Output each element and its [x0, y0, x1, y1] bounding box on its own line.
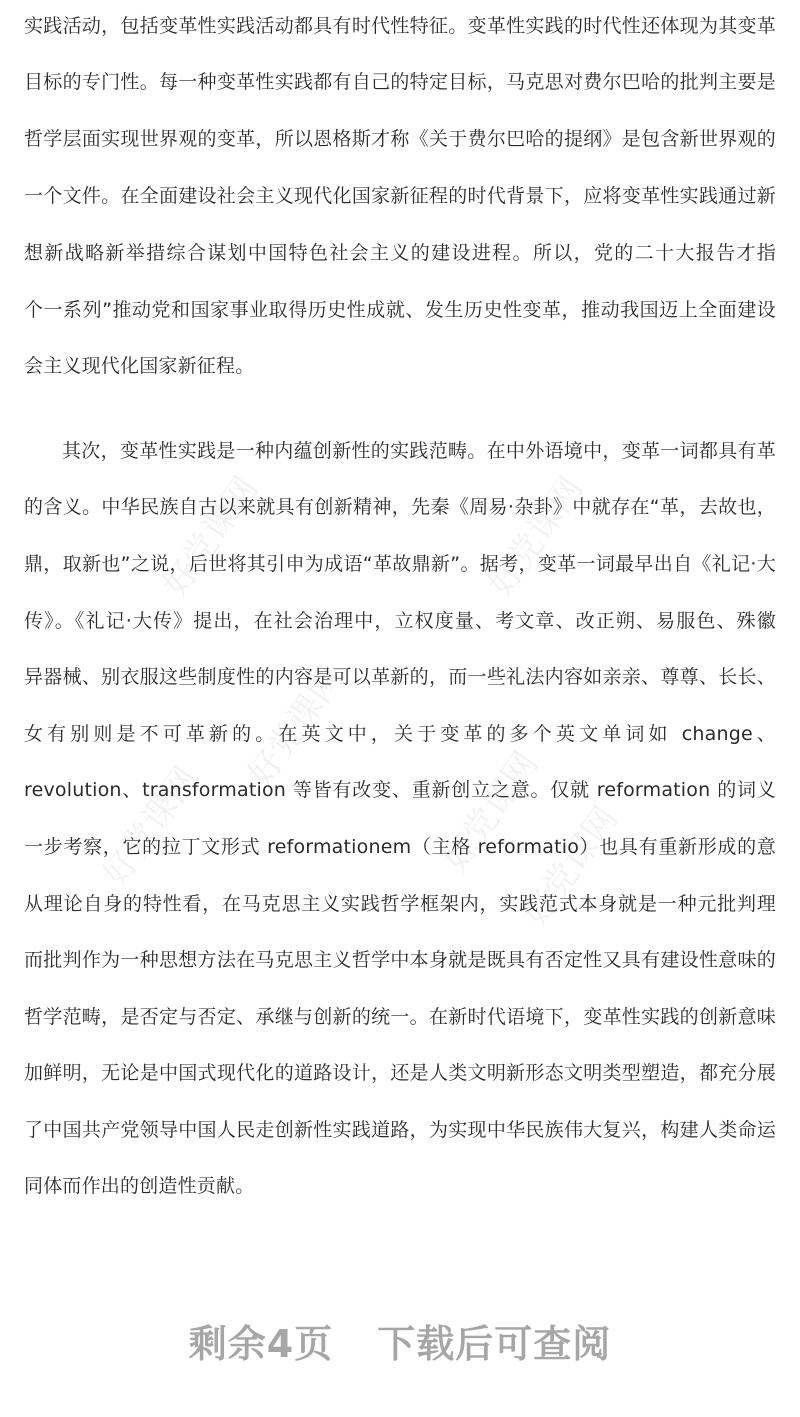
text-line: 女有别则是不可革新的。在英文中，关于变革的多个英文单词如 change、refo…	[24, 722, 776, 746]
text-line: 同体而作出的创造性贡献。	[24, 1174, 776, 1198]
text-line: 想新战略新举措综合谋划中国特色社会主义的建设进程。所以，党的二十大报告才指出“四	[24, 241, 776, 265]
text-line: 的含义。中华民族自古以来就具有创新精神，先秦《周易·杂卦》中就存在“革，去故也，	[24, 495, 776, 519]
text-line: 加鲜明，无论是中国式现代化的道路设计，还是人类文明新形态文明类型塑造，都充分展示	[24, 1061, 776, 1085]
text-line: 传》。《礼记·大传》提出，在社会治理中，立权度量、考文章、改正朔、易服色、殊徽号…	[24, 609, 776, 633]
text-line: 一步考察，它的拉丁文形式 reformationem（主格 reformatio…	[24, 835, 776, 859]
download-prompt[interactable]: 剩余4页下载后可查阅	[0, 1313, 800, 1368]
remaining-pages-label: 剩余4页	[189, 1313, 333, 1368]
text-line: 鼎，取新也”之说，后世将其引申为成语“革故鼎新”。据考，变革一词最早出自《礼记·…	[24, 552, 776, 576]
download-hint-label: 下载后可查阅	[377, 1313, 611, 1368]
text-line: 了中国共产党领导中国人民走创新性实践道路，为实现中华民族伟大复兴，构建人类命运共	[24, 1118, 776, 1142]
document-page: 好党课网 好党课网 好党课网 好党课网 好党课网 好党课网 实践活动，包括变革性…	[0, 0, 800, 1417]
watermark: 好党课网	[474, 465, 592, 605]
text-line: revolution、transformation 等皆有改变、重新创立之意。仅…	[24, 778, 776, 802]
text-line: 会主义现代化国家新征程。	[24, 354, 776, 378]
text-line: 而批判作为一种思想方法在马克思主义哲学中本身就是既具有否定性又具有建设性意味的	[24, 948, 776, 972]
text-line: 实践活动，包括变革性实践活动都具有时代性特征。变革性实践的时代性还体现为其变革性	[24, 14, 776, 38]
text-line: 一个文件。在全面建设社会主义现代化国家新征程的时代背景下，应将变革性实践通过新思	[24, 184, 776, 208]
text-line: 目标的专门性。每一种变革性实践都有自己的特定目标，马克思对费尔巴哈的批判主要是从	[24, 70, 776, 94]
text-line: 异器械、别衣服这些制度性的内容是可以革新的，而一些礼法内容如亲亲、尊尊、长长、男	[24, 665, 776, 689]
text-line: 哲学范畴，是否定与否定、承继与创新的统一。在新时代语境下，变革性实践的创新意味更	[24, 1005, 776, 1029]
text-line: 其次，变革性实践是一种内蕴创新性的实践范畴。在中外语境中，变革一词都具有革新	[62, 439, 776, 463]
text-line: 哲学层面实现世界观的变革，所以恩格斯才称《关于费尔巴哈的提纲》是包含新世界观的第	[24, 127, 776, 151]
watermark: 好党课网	[149, 465, 267, 605]
text-line: 个一系列”推动党和国家事业取得历史性成就、发生历史性变革，推动我国迈上全面建设社	[24, 298, 776, 322]
watermark: 好党课网	[89, 755, 207, 895]
text-line: 从理论自身的特性看，在马克思主义实践哲学框架内，实践范式本身就是一种元批判理论，	[24, 892, 776, 916]
